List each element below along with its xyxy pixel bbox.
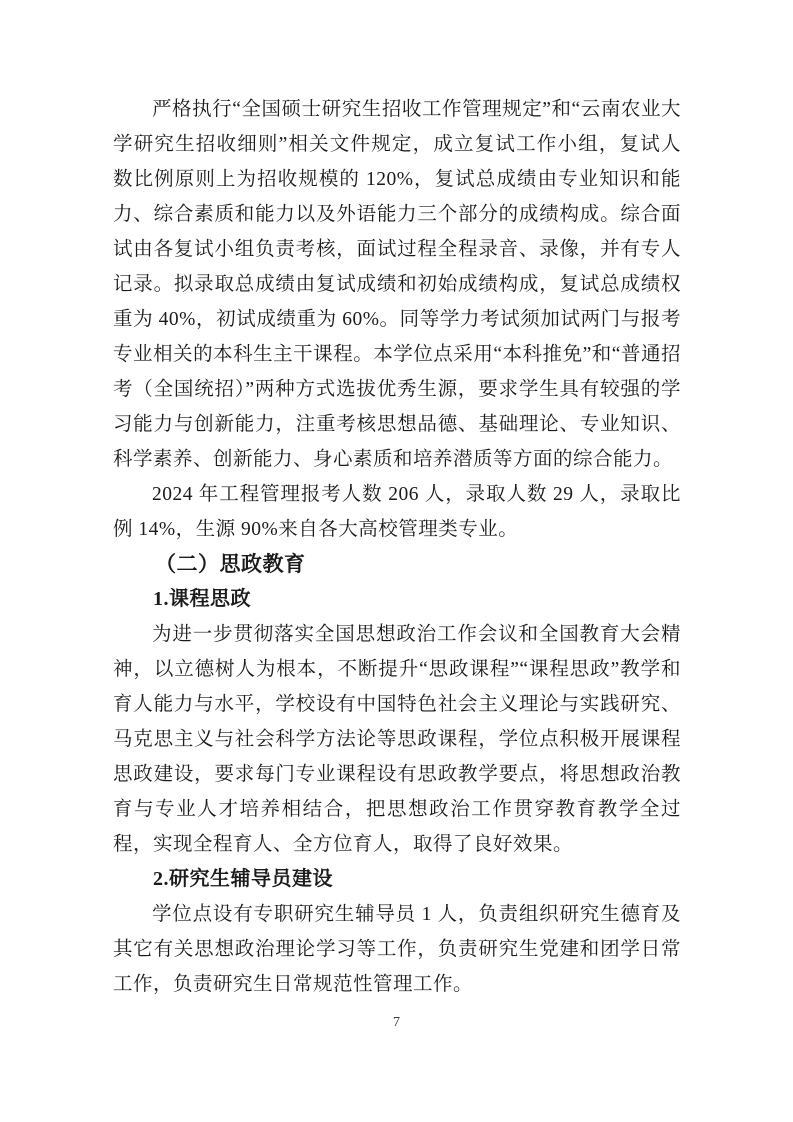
paragraph-admission-review: 严格执行“全国硕士研究生招收工作管理规定”和“云南农业大学研究生招收细则”相关文… [113, 92, 681, 477]
page-content: 严格执行“全国硕士研究生招收工作管理规定”和“云南农业大学研究生招收细则”相关文… [113, 92, 681, 1002]
subheading-counselor-building: 2.研究生辅导员建设 [113, 862, 681, 897]
subheading-course-ideology: 1.课程思政 [113, 582, 681, 617]
document-page: 严格执行“全国硕士研究生招收工作管理规定”和“云南农业大学研究生招收细则”相关文… [0, 0, 793, 1122]
paragraph-course-ideology: 为进一步贯彻落实全国思想政治工作会议和全国教育大会精神，以立德树人为根本，不断提… [113, 617, 681, 862]
heading-ideological-education: （二）思政教育 [113, 547, 681, 582]
paragraph-counselor: 学位点设有专职研究生辅导员 1 人，负责组织研究生德育及其它有关思想政治理论学习… [113, 897, 681, 1002]
page-number: 7 [0, 1012, 793, 1034]
paragraph-2024-stats: 2024 年工程管理报考人数 206 人，录取人数 29 人，录取比例 14%，… [113, 477, 681, 547]
